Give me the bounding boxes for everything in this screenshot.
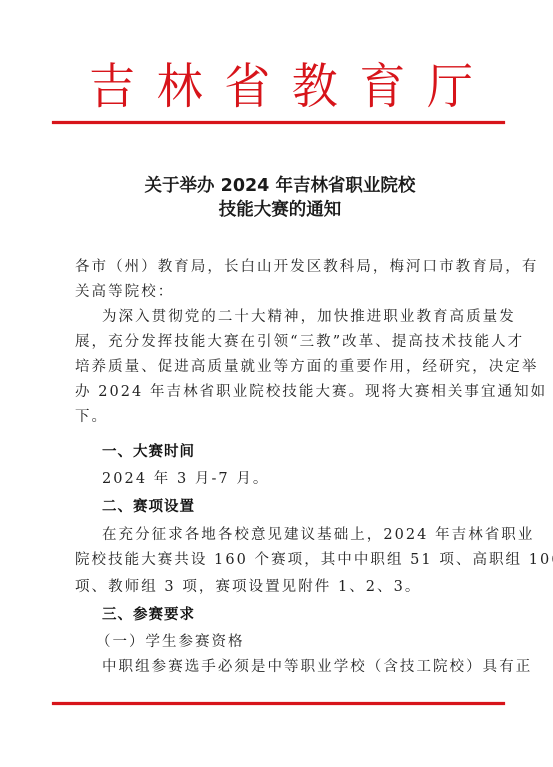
document-title-line1: 关于举办 2024 年吉林省职业院校 xyxy=(60,174,500,198)
letterhead: 吉 林 省 教 育 厅 xyxy=(86,58,476,114)
letterhead-char: 厅 xyxy=(424,57,476,116)
intro-line: 为深入贯彻党的二十大精神，加快推进职业教育高质量发 xyxy=(102,307,512,327)
section-body-line: 在充分征求各地各校意见建议基础上，2024 年吉林省职业 xyxy=(102,525,512,545)
section-body-line: 2024 年 3 月-7 月。 xyxy=(102,469,512,489)
intro-line: 展，充分发挥技能大赛在引领“三教”改革、提高技术技能人才 xyxy=(75,332,485,352)
section-body-line: 中职组参赛选手必须是中等职业学校（含技工院校）具有正 xyxy=(102,657,512,677)
section-body-line: 项、教师组 3 项，赛项设置见附件 1、2、3。 xyxy=(75,577,485,597)
section-body-line: 院校技能大赛共设 160 个赛项，其中中职组 51 项、高职组 106 xyxy=(75,550,485,570)
section-heading-time: 一、大赛时间 xyxy=(102,442,512,462)
letterhead-char: 省 xyxy=(221,57,273,116)
section-heading-events: 二、赛项设置 xyxy=(102,497,512,517)
salutation-line: 关高等院校： xyxy=(75,282,485,302)
letterhead-char: 育 xyxy=(356,57,408,116)
footer-divider xyxy=(52,702,505,705)
letterhead-char: 教 xyxy=(289,57,341,116)
section-heading-requirements: 三、参赛要求 xyxy=(102,605,512,625)
letterhead-char: 吉 xyxy=(86,57,138,116)
letterhead-char: 林 xyxy=(154,57,206,116)
intro-line: 培养质量、促进高质量就业等方面的重要作用，经研究，决定举 xyxy=(75,357,485,377)
intro-line: 办 2024 年吉林省职业院校技能大赛。现将大赛相关事宜通知如 xyxy=(75,382,485,402)
letterhead-divider xyxy=(52,121,505,124)
salutation-line: 各市（州）教育局，长白山开发区教科局，梅河口市教育局，有 xyxy=(75,257,485,277)
document-page: 吉 林 省 教 育 厅 关于举办 2024 年吉林省职业院校 技能大赛的通知 各… xyxy=(0,0,553,767)
document-title-line2: 技能大赛的通知 xyxy=(60,198,500,222)
section-subheading: （一）学生参赛资格 xyxy=(96,632,506,652)
intro-line: 下。 xyxy=(75,407,485,427)
